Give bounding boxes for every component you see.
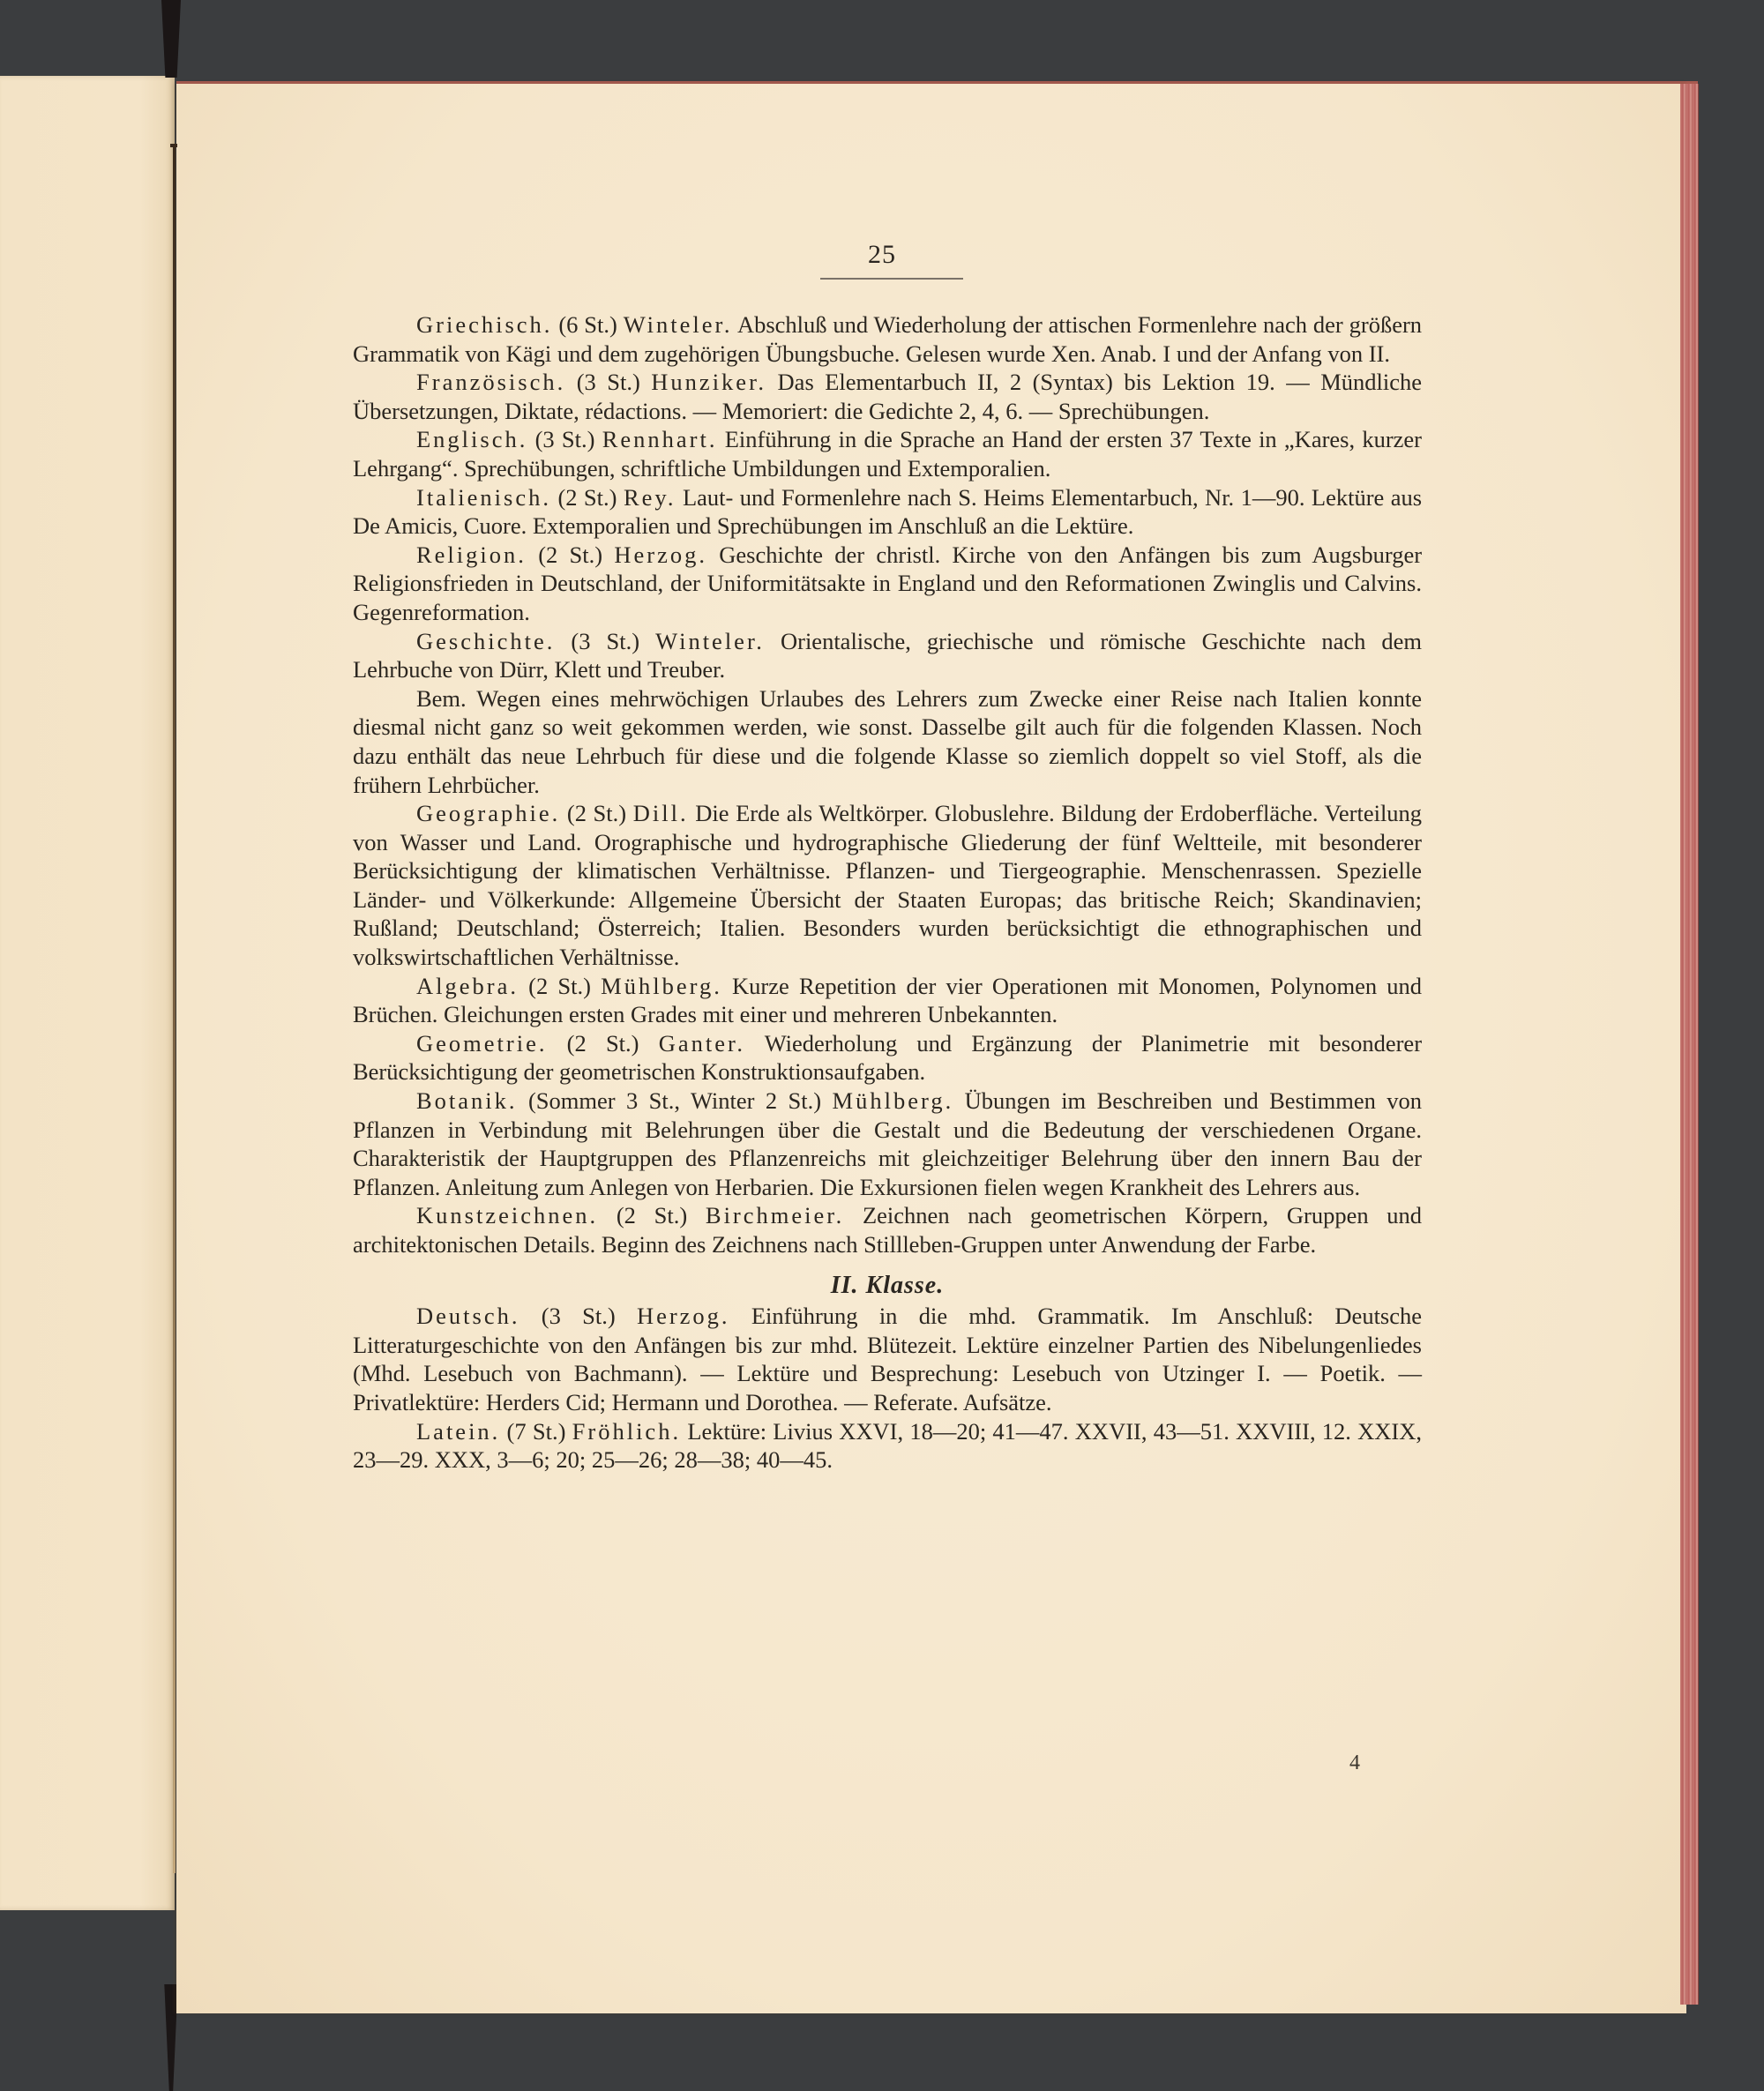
section-heading-klasse-2: II. Klasse.	[353, 1272, 1422, 1301]
page-number-rule	[820, 278, 963, 280]
teacher-name: Ganter.	[659, 1030, 745, 1057]
teacher-name: Mühlberg.	[833, 1087, 954, 1114]
hours: (2 St.)	[557, 484, 617, 511]
teacher-name: Hunziker.	[651, 369, 766, 395]
paragraph-franzoesisch: Französisch. (3 St.) Hunziker. Das Eleme…	[353, 368, 1422, 425]
teacher-name: Fröhlich.	[572, 1418, 681, 1445]
subject-label: Geographie.	[416, 800, 560, 826]
subject-label: Latein.	[416, 1418, 500, 1445]
teacher-name: Herzog.	[637, 1303, 730, 1329]
paragraph-geometrie: Geometrie. (2 St.) Ganter. Wiederholung …	[353, 1029, 1422, 1087]
note-label: Bem.	[416, 685, 467, 712]
paragraph-bemerkung: Bem. Wegen eines mehrwöchigen Urlaubes d…	[353, 684, 1422, 799]
paragraph-geschichte: Geschichte. (3 St.) Winteler. Orientalis…	[353, 627, 1422, 684]
subject-label: Englisch.	[416, 426, 527, 452]
body-text: Griechisch. (6 St.) Winteler. Abschluß u…	[353, 310, 1422, 1475]
left-page-edge	[0, 76, 175, 1910]
subject-label: Italienisch.	[416, 484, 551, 511]
teacher-name: Dill.	[633, 800, 689, 826]
teacher-name: Herzog.	[614, 541, 707, 568]
hours: (6 St.)	[558, 311, 617, 338]
hours: (Sommer 3 St., Winter 2 St.)	[528, 1087, 821, 1114]
paragraph-englisch: Englisch. (3 St.) Rennhart. Einführung i…	[353, 425, 1422, 482]
teacher-name: Rennhart.	[602, 426, 718, 452]
teacher-name: Birchmeier.	[706, 1202, 844, 1228]
subject-label: Geschichte.	[416, 628, 555, 654]
teacher-name: Mühlberg.	[601, 973, 722, 999]
paragraph-geographie: Geographie. (2 St.) Dill. Die Erde als W…	[353, 799, 1422, 972]
subject-label: Französisch.	[416, 369, 565, 395]
paragraph-botanik: Botanik. (Sommer 3 St., Winter 2 St.) Mü…	[353, 1087, 1422, 1201]
hours: (3 St.)	[571, 628, 639, 654]
subject-label: Botanik.	[416, 1087, 518, 1114]
paragraph-italienisch: Italienisch. (2 St.) Rey. Laut- und Form…	[353, 483, 1422, 541]
bookmark-ribbon	[173, 145, 176, 1873]
paragraph-text: Wegen eines mehrwöchigen Urlaubes des Le…	[353, 685, 1422, 798]
page-number: 25	[0, 240, 1764, 270]
subject-label: Griechisch.	[416, 311, 552, 338]
teacher-name: Winteler.	[655, 628, 765, 654]
hours: (2 St.)	[538, 541, 602, 568]
paragraph-religion: Religion. (2 St.) Herzog. Geschichte der…	[353, 541, 1422, 627]
hours: (3 St.)	[542, 1303, 616, 1329]
hours: (2 St.)	[567, 1030, 639, 1057]
teacher-name: Rey.	[624, 484, 676, 511]
subject-label: Deutsch.	[416, 1303, 519, 1329]
teacher-name: Winteler.	[624, 311, 733, 338]
paragraph-algebra: Algebra. (2 St.) Mühlberg. Kurze Repetit…	[353, 972, 1422, 1029]
paragraph-latein: Latein. (7 St.) Fröhlich. Lektüre: Liviu…	[353, 1417, 1422, 1475]
hours: (3 St.)	[577, 369, 640, 395]
hours: (2 St.)	[617, 1202, 687, 1228]
paragraph-deutsch: Deutsch. (3 St.) Herzog. Einführung in d…	[353, 1302, 1422, 1416]
signature-mark: 4	[1349, 1751, 1360, 1775]
red-page-edge	[1680, 84, 1699, 2005]
hours: (3 St.)	[535, 426, 595, 452]
hours: (2 St.)	[528, 973, 591, 999]
subject-label: Religion.	[416, 541, 527, 568]
subject-label: Kunstzeichnen.	[416, 1202, 598, 1228]
subject-label: Algebra.	[416, 973, 519, 999]
paragraph-kunstzeichnen: Kunstzeichnen. (2 St.) Birchmeier. Zeich…	[353, 1201, 1422, 1258]
hours: (2 St.)	[567, 800, 626, 826]
paragraph-griechisch: Griechisch. (6 St.) Winteler. Abschluß u…	[353, 310, 1422, 368]
hours: (7 St.)	[507, 1418, 566, 1445]
subject-label: Geometrie.	[416, 1030, 547, 1057]
